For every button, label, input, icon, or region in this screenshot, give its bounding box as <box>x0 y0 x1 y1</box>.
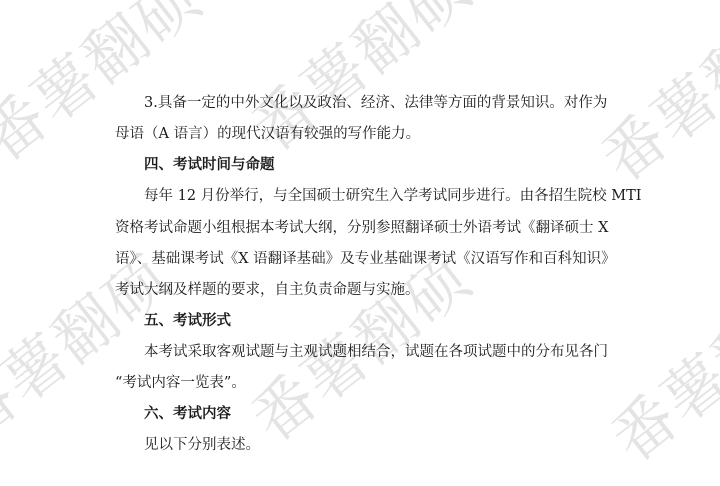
paragraph-line: 3.具备一定的中外文化以及政治、经济、法律等方面的背景知识。对作为 <box>144 93 607 113</box>
section-heading-5: 五、考试形式 <box>144 311 231 331</box>
paragraph-line: 语》、基础课考试《X 语翻译基础》及专业基础课考试《汉语写作和百科知识》 <box>115 249 616 269</box>
paragraph-line: 每年 12 月份举行，与全国硕士研究生入学考试同步进行。由各招生院校 MTI <box>144 186 642 206</box>
document-page: 3.具备一定的中外文化以及政治、经济、法律等方面的背景知识。对作为 母语（A 语… <box>0 0 720 486</box>
paragraph-line: 资格考试命题小组根据本考试大纲，分别参照翻译硕士外语考试《翻译硕士 X <box>115 218 608 238</box>
paragraph-line: 母语（A 语言）的现代汉语有较强的写作能力。 <box>115 124 420 144</box>
paragraph-line: 考试大纲及样题的要求，自主负责命题与实施。 <box>115 280 420 300</box>
paragraph-line: 见以下分别表述。 <box>144 435 260 455</box>
section-heading-6: 六、考试内容 <box>144 404 231 424</box>
paragraph-line: “考试内容一览表”。 <box>115 373 246 393</box>
section-heading-4: 四、考试时间与命题 <box>144 155 275 175</box>
paragraph-line: 本考试采取客观试题与主观试题相结合，试题在各项试题中的分布见各门 <box>144 342 608 362</box>
